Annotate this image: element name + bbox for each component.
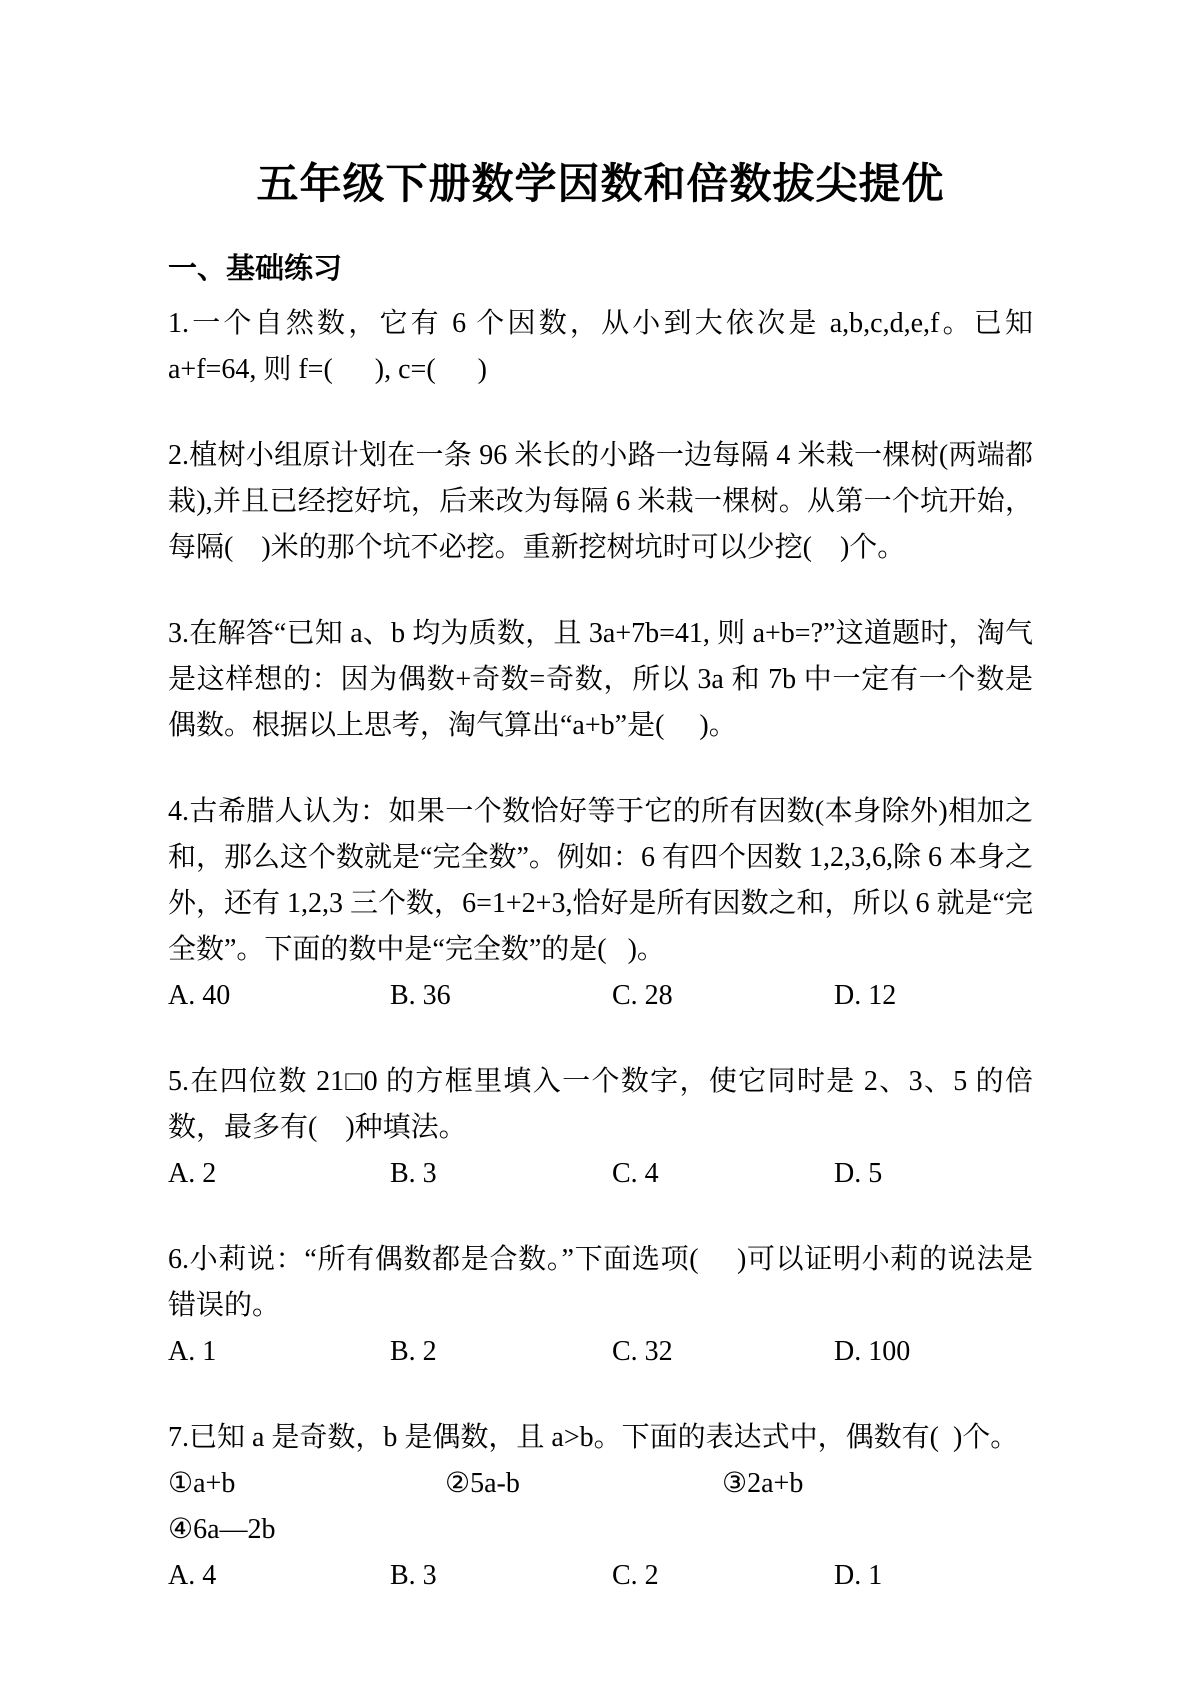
question-4-options: A. 40 B. 36 C. 28 D. 12 <box>168 973 1033 1019</box>
option-a: A. 40 <box>168 973 383 1019</box>
expression-1: ①a+b <box>168 1461 438 1507</box>
expression-3: ③2a+b <box>722 1461 992 1507</box>
expression-4: ④6a—2b <box>168 1507 276 1553</box>
option-c: C. 32 <box>612 1329 827 1375</box>
question-7-expressions: ①a+b ②5a-b ③2a+b ④6a—2b <box>168 1461 1033 1553</box>
question-6-options: A. 1 B. 2 C. 32 D. 100 <box>168 1329 1033 1375</box>
question-7: 7.已知 a 是奇数，b 是偶数，且 a>b。下面的表达式中，偶数有( )个。 … <box>168 1415 1033 1599</box>
option-c: C. 28 <box>612 973 827 1019</box>
option-a: A. 2 <box>168 1151 383 1197</box>
worksheet-page: 五年级下册数学因数和倍数拔尖提优 一、基础练习 1.一个自然数，它有 6 个因数… <box>0 0 1191 1684</box>
question-3: 3.在解答“已知 a、b 均为质数，且 3a+7b=41, 则 a+b=?”这道… <box>168 611 1033 749</box>
option-b: B. 3 <box>390 1553 605 1599</box>
question-7-options: A. 4 B. 3 C. 2 D. 1 <box>168 1553 1033 1599</box>
question-3-text: 3.在解答“已知 a、b 均为质数，且 3a+7b=41, 则 a+b=?”这道… <box>168 611 1033 749</box>
question-1: 1.一个自然数，它有 6 个因数，从小到大依次是 a,b,c,d,e,f。已知 … <box>168 301 1033 393</box>
option-b: B. 36 <box>390 973 605 1019</box>
question-5-options: A. 2 B. 3 C. 4 D. 5 <box>168 1151 1033 1197</box>
question-6-text: 6.小莉说：“所有偶数都是合数。”下面选项( )可以证明小莉的说法是错误的。 <box>168 1237 1033 1329</box>
option-c: C. 4 <box>612 1151 827 1197</box>
option-a: A. 4 <box>168 1553 383 1599</box>
option-a: A. 1 <box>168 1329 383 1375</box>
question-5: 5.在四位数 21□0 的方框里填入一个数字，使它同时是 2、3、5 的倍数，最… <box>168 1059 1033 1197</box>
page-title: 五年级下册数学因数和倍数拔尖提优 <box>168 160 1033 208</box>
question-6: 6.小莉说：“所有偶数都是合数。”下面选项( )可以证明小莉的说法是错误的。 A… <box>168 1237 1033 1375</box>
question-2-text: 2.植树小组原计划在一条 96 米长的小路一边每隔 4 米栽一棵树(两端都栽),… <box>168 433 1033 571</box>
option-b: B. 2 <box>390 1329 605 1375</box>
question-4-text: 4.古希腊人认为：如果一个数恰好等于它的所有因数(本身除外)相加之和，那么这个数… <box>168 789 1033 973</box>
question-4: 4.古希腊人认为：如果一个数恰好等于它的所有因数(本身除外)相加之和，那么这个数… <box>168 789 1033 1019</box>
option-d: D. 1 <box>834 1553 882 1599</box>
expression-2: ②5a-b <box>445 1461 715 1507</box>
section-heading: 一、基础练习 <box>168 252 1033 287</box>
option-d: D. 100 <box>834 1329 910 1375</box>
question-7-text: 7.已知 a 是奇数，b 是偶数，且 a>b。下面的表达式中，偶数有( )个。 <box>168 1415 1033 1461</box>
question-2: 2.植树小组原计划在一条 96 米长的小路一边每隔 4 米栽一棵树(两端都栽),… <box>168 433 1033 571</box>
option-d: D. 12 <box>834 973 896 1019</box>
option-d: D. 5 <box>834 1151 882 1197</box>
option-b: B. 3 <box>390 1151 605 1197</box>
option-c: C. 2 <box>612 1553 827 1599</box>
question-1-text: 1.一个自然数，它有 6 个因数，从小到大依次是 a,b,c,d,e,f。已知 … <box>168 301 1033 393</box>
question-5-text: 5.在四位数 21□0 的方框里填入一个数字，使它同时是 2、3、5 的倍数，最… <box>168 1059 1033 1151</box>
